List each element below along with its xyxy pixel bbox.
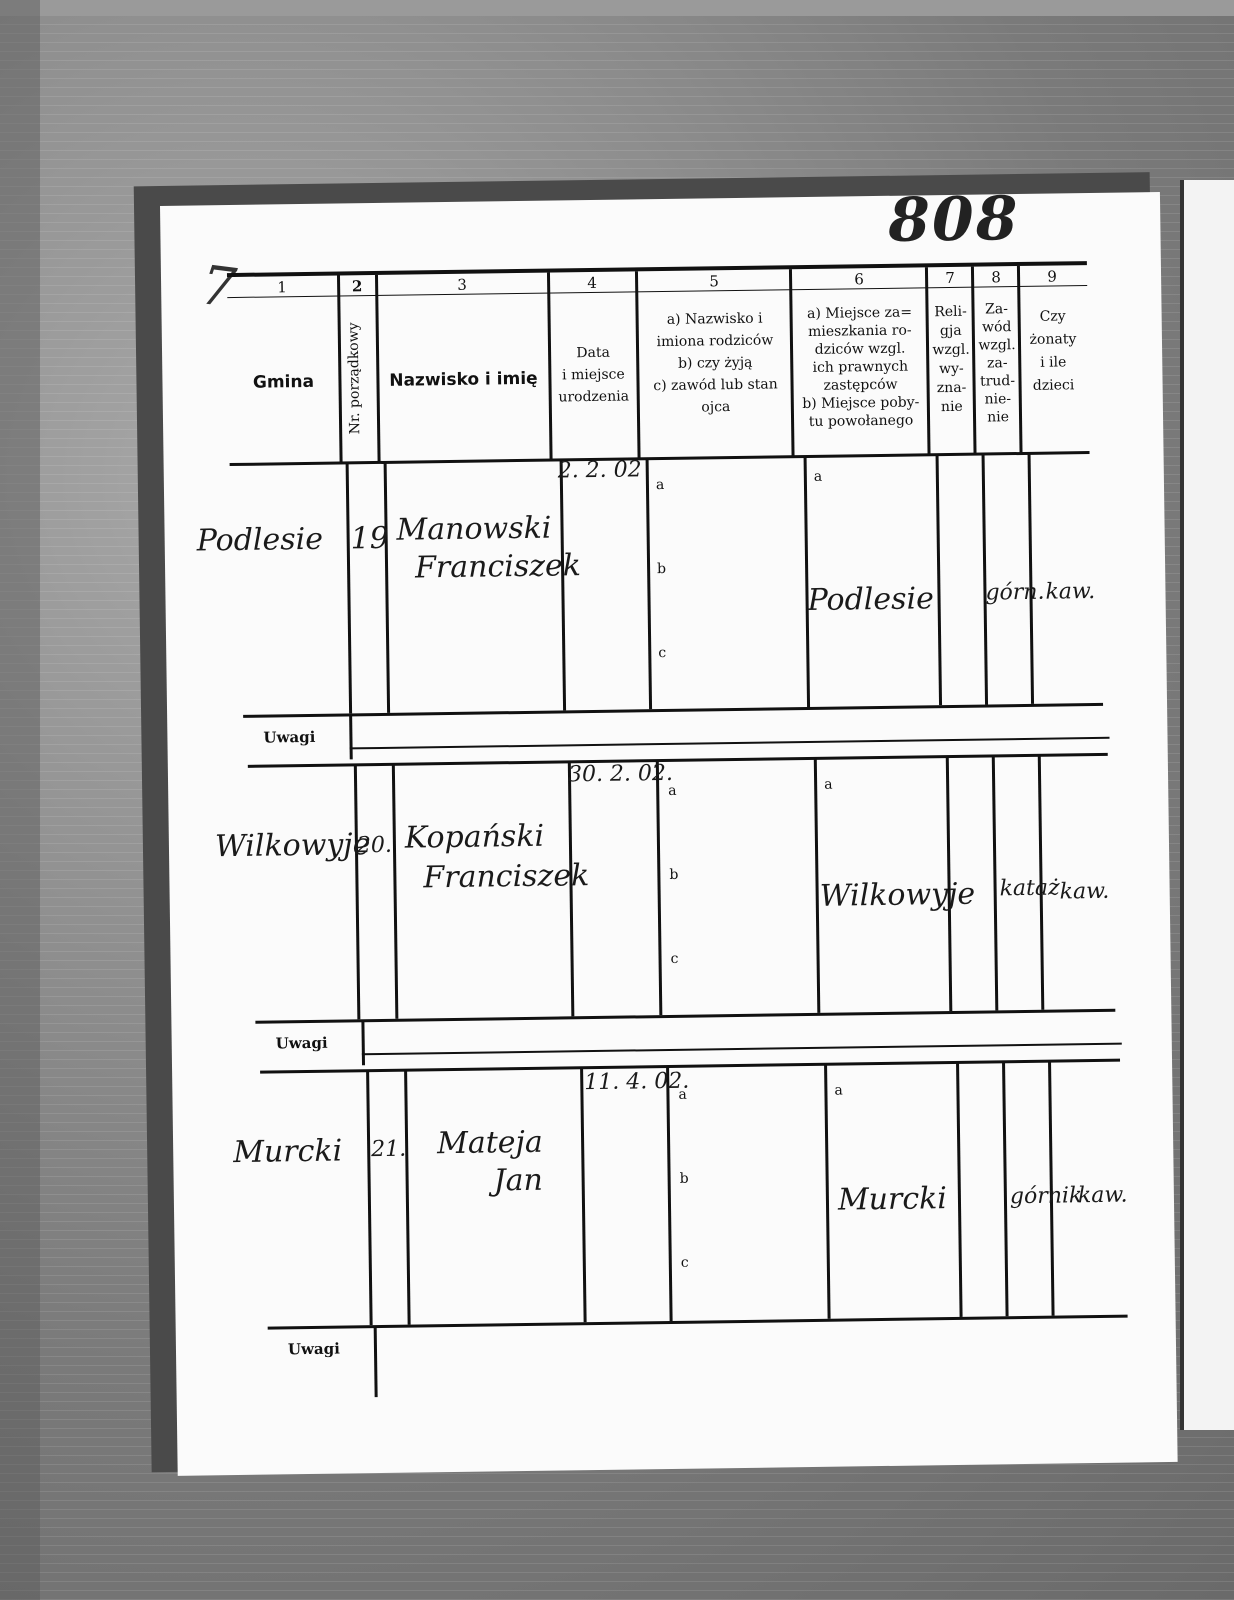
entry-marital-status: kaw. bbox=[1045, 579, 1095, 605]
column-number-4: 4 bbox=[547, 273, 637, 292]
entry-birth-date: 11. 4. 02. bbox=[584, 1069, 689, 1095]
col-divider bbox=[392, 765, 399, 1019]
col-divider bbox=[560, 460, 566, 710]
entry-gmina: Murcki bbox=[233, 1134, 342, 1171]
entry-occupation: górn. bbox=[985, 580, 1044, 606]
entry-nr: 19 bbox=[350, 521, 389, 557]
col-divider bbox=[384, 463, 390, 713]
sub-label-c: c bbox=[670, 951, 678, 967]
entry-gmina: Wilkowyje bbox=[215, 827, 371, 864]
sub-label-c: c bbox=[681, 1255, 689, 1271]
entry-given-name: Franciszek bbox=[415, 548, 581, 585]
column-number-1: 1 bbox=[227, 278, 337, 298]
col-divider bbox=[337, 275, 343, 463]
entry-surname: Kopański bbox=[405, 819, 545, 856]
entry-bottom-rule bbox=[255, 1009, 1115, 1024]
page-number: 808 bbox=[888, 184, 1020, 256]
column-number-8: 8 bbox=[973, 268, 1019, 287]
entry-occupation: górnik bbox=[1010, 1183, 1083, 1209]
entry-surname: Matejа bbox=[437, 1125, 543, 1161]
entry-top-rule bbox=[248, 753, 1108, 768]
column-number-7: 7 bbox=[927, 269, 973, 288]
header-religia: Reli- gja wzgl. wy- zna- nie bbox=[927, 303, 975, 418]
col-divider bbox=[354, 765, 361, 1019]
sub-label-a: a bbox=[834, 1083, 843, 1099]
sub-label-a: a bbox=[824, 777, 833, 793]
uwagi-divider bbox=[349, 715, 353, 759]
adjacent-page-edge bbox=[1180, 180, 1234, 1430]
col-divider bbox=[366, 1071, 373, 1325]
col-divider bbox=[992, 756, 999, 1010]
background-shadow bbox=[0, 0, 40, 1600]
entry-bottom-rule bbox=[243, 703, 1103, 718]
entry-nr: 20. bbox=[357, 833, 392, 858]
uwagi-divider bbox=[374, 1327, 378, 1397]
entry-birth-date: 30. 2. 02. bbox=[568, 761, 673, 787]
header-nazwisko-imie: Nazwisko i imię bbox=[378, 371, 548, 390]
sub-label-b: b bbox=[680, 1171, 689, 1187]
entry-occupation: kataż bbox=[999, 876, 1059, 902]
uwagi-rule bbox=[350, 737, 1110, 750]
column-number-6: 6 bbox=[791, 269, 927, 289]
entry-gmina: Podlesie bbox=[196, 522, 323, 559]
uwagi-label: Uwagi bbox=[288, 1340, 340, 1359]
sub-label-c: c bbox=[658, 645, 666, 661]
entry-marital-status: kaw. bbox=[1078, 1183, 1128, 1209]
register-form-page: 7 808 1 2 3 4 5 6 7 8 9 Gmina Nr. porząd… bbox=[160, 192, 1178, 1476]
sub-label-a: a bbox=[656, 477, 665, 493]
col-divider bbox=[656, 761, 663, 1015]
header-nr-porzadkowy: Nr. porządkowy bbox=[345, 303, 371, 453]
column-number-5: 5 bbox=[637, 271, 791, 291]
entry-residence: Wilkowyje bbox=[819, 877, 975, 914]
col-divider bbox=[404, 1071, 411, 1325]
header-zawod: Za- wód wzgl. za- trud- nie- nie bbox=[973, 300, 1021, 427]
entry-nr: 21. bbox=[371, 1137, 406, 1162]
entry-residence: Podlesie bbox=[807, 581, 934, 618]
entry-birth-date: 2. 2. 02 bbox=[558, 457, 642, 483]
column-number-9: 9 bbox=[1019, 267, 1085, 286]
header-data-miejsce: Data i miejsce urodzenia bbox=[548, 341, 639, 408]
entry-marital-status: kaw. bbox=[1059, 879, 1109, 905]
sub-label-a: a bbox=[668, 783, 677, 799]
col-divider bbox=[936, 455, 942, 705]
header-zonaty: Czy żonaty i ile dzieci bbox=[1019, 305, 1086, 398]
background-strip bbox=[0, 0, 1234, 16]
column-number-3: 3 bbox=[377, 275, 547, 295]
col-divider bbox=[646, 459, 652, 709]
entry-given-name: Franciszek bbox=[423, 858, 589, 895]
col-divider bbox=[1002, 1062, 1009, 1316]
header-gmina: Gmina bbox=[228, 374, 338, 393]
entry-top-rule bbox=[260, 1059, 1120, 1074]
entry-residence: Murcki bbox=[838, 1181, 947, 1218]
col-divider bbox=[666, 1067, 673, 1321]
uwagi-label: Uwagi bbox=[276, 1034, 328, 1053]
header-bottom-rule bbox=[230, 451, 1090, 466]
uwagi-label: Uwagi bbox=[263, 728, 315, 747]
header-miejsce-zamieszkania: a) Miejsce za= mieszkania ro- dziców wzg… bbox=[791, 303, 929, 431]
sub-label-a: a bbox=[678, 1087, 687, 1103]
header-rodzice: a) Nazwisko i imiona rodziców b) czy żyj… bbox=[637, 307, 793, 419]
sub-label-a: a bbox=[814, 469, 823, 485]
col-divider bbox=[824, 1065, 831, 1319]
uwagi-rule bbox=[362, 1043, 1122, 1056]
col-divider bbox=[375, 275, 381, 463]
entry-surname: Manowski bbox=[396, 511, 551, 548]
col-divider bbox=[580, 1068, 587, 1322]
sub-label-b: b bbox=[657, 561, 666, 577]
sub-label-b: b bbox=[669, 867, 678, 883]
column-number-2: 2 bbox=[337, 277, 377, 296]
entry-bottom-rule bbox=[268, 1315, 1128, 1330]
entry-given-name: Jan bbox=[493, 1163, 543, 1199]
uwagi-divider bbox=[361, 1021, 365, 1065]
col-divider bbox=[956, 1063, 963, 1317]
col-divider bbox=[346, 463, 352, 713]
